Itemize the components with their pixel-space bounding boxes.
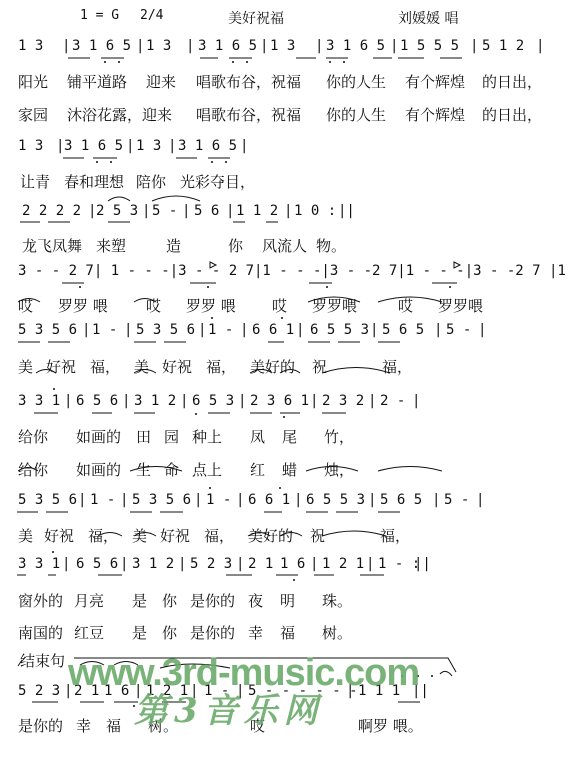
notation-segment: 5 3 5 6	[18, 492, 77, 508]
notation-segment: ||	[414, 556, 431, 572]
notation-segment: |	[168, 138, 176, 154]
lyric-segment: 福，	[90, 356, 120, 377]
notation-segment: 1 -	[208, 322, 233, 338]
lyric-segment: 好祝	[46, 356, 76, 377]
lyric-segment: 罗罗 喂	[58, 295, 108, 316]
notation-segment: 5 3 5 6	[18, 322, 77, 338]
lyric-segment: 有个辉煌	[405, 104, 465, 125]
lyric-segment: 福	[280, 622, 295, 643]
lyric-segment: 美	[18, 525, 33, 546]
lyric-segment: 沐浴花露，迎来	[67, 104, 172, 125]
lyric-segment: 福，	[380, 525, 410, 546]
notation-segment: 5 -	[444, 492, 469, 508]
lyric-segment: 是你的	[190, 622, 235, 643]
notation-segment: |	[240, 322, 248, 338]
lyric-segment: 窗外的	[18, 590, 63, 611]
lyric-segment: 你	[228, 235, 243, 256]
notation-segment: |	[434, 322, 442, 338]
notation-segment: |	[470, 38, 478, 54]
lyric-segment: 红	[250, 459, 265, 480]
notation-segment: |	[236, 492, 244, 508]
notation-segment: 1 3	[136, 138, 161, 154]
notation-segment: ||	[338, 203, 355, 219]
notation-segment: 5 6 5	[380, 492, 422, 508]
notation-segment: 1 0 :	[294, 203, 336, 219]
notation-segment: |	[315, 38, 323, 54]
notation-segment: 3 1 6 5	[326, 38, 385, 54]
notation-segment: 6 5 3	[192, 393, 234, 409]
lyric-segment: 阳光	[18, 71, 48, 92]
lyric-segment: 造	[166, 235, 181, 256]
notation-segment: |	[390, 38, 398, 54]
notation-segment: |	[294, 492, 302, 508]
notation-segment: 5 -	[446, 322, 471, 338]
notation-segment: |	[136, 38, 144, 54]
lyric-segment: 红豆	[74, 622, 104, 643]
lyric-segment: 你的人生	[326, 71, 386, 92]
lyric-segment: 有个辉煌	[405, 71, 465, 92]
lyric-segment: 物。	[316, 235, 346, 256]
notation-segment: 5 -	[152, 203, 177, 219]
lyric-segment: 迎来	[146, 71, 176, 92]
notation-segment: |	[78, 492, 86, 508]
notation-segment: |	[126, 138, 134, 154]
notation-segment: |	[366, 556, 374, 572]
lyric-segment: 园	[164, 426, 179, 447]
notation-segment: 1 -	[92, 322, 117, 338]
lyric-segment: 唱歌布谷，祝福	[196, 71, 301, 92]
lyric-segment: 好祝	[160, 525, 190, 546]
lyric-segment: 福，	[382, 356, 412, 377]
notation-segment: |	[180, 393, 188, 409]
notation-segment: |	[368, 492, 376, 508]
lyric-segment: 罗罗喂	[438, 295, 483, 316]
song-title: 美好祝福	[228, 8, 284, 28]
lyric-segment: 给你	[18, 459, 48, 480]
lyric-segment: 让青	[20, 171, 50, 192]
notation-segment: |	[296, 322, 304, 338]
lyric-segment: 明	[280, 590, 295, 611]
lyric-segment: 你的人生	[326, 104, 386, 125]
notation-segment: |	[194, 492, 202, 508]
lyric-segment: 龙飞凤舞	[22, 235, 82, 256]
time-signature: 2/4	[140, 8, 163, 23]
notation-segment: 1 -	[90, 492, 115, 508]
notation-segment: 3 1 2	[132, 556, 174, 572]
notation-segment: |	[120, 556, 128, 572]
lyric-segment: 美	[134, 356, 149, 377]
lyric-segment: 哎	[18, 295, 33, 316]
notation-segment: 3 1 6 5	[178, 138, 237, 154]
notation-segment: 5 6 5	[382, 322, 424, 338]
lyric-segment: 是你的	[18, 715, 63, 736]
notation-segment: 6 6 1	[248, 492, 290, 508]
lyric-segment: 如画的	[76, 459, 121, 480]
lyric-segment: 风流人	[262, 235, 307, 256]
notation-segment: 5 1 2	[482, 38, 524, 54]
lyric-segment: 生	[136, 459, 151, 480]
lyric-segment: 凤	[250, 426, 265, 447]
notation-segment: |	[186, 38, 194, 54]
notation-segment: 3 3 1	[18, 393, 60, 409]
notation-segment: 5 2 3	[18, 683, 60, 699]
notation-segment: |	[238, 393, 246, 409]
lyric-segment: 你	[162, 590, 177, 611]
lyric-segment: 命	[164, 459, 179, 480]
watermark-site-name: 第3音乐网	[134, 683, 324, 732]
notation-segment: |	[64, 393, 72, 409]
lyric-segment: 烛，	[324, 459, 354, 480]
lyric-segment: 南国的	[18, 622, 63, 643]
notation-segment: 2 5 3	[96, 203, 138, 219]
notation-segment: 3 1 6 5	[72, 38, 131, 54]
notation-segment: |	[476, 492, 484, 508]
lyric-segment: 啊罗 喂。	[358, 715, 423, 736]
notation-segment: |	[62, 38, 70, 54]
notation-segment: 2 -	[380, 393, 405, 409]
lyric-segment: 好祝	[162, 356, 192, 377]
notation-segment: |	[182, 203, 190, 219]
lyric-segment: 夜	[248, 590, 263, 611]
lyric-segment: 福	[106, 715, 121, 736]
notation-segment: 5 3 5 6	[132, 492, 191, 508]
notation-segment: |	[178, 556, 186, 572]
lyric-segment: 珠。	[322, 590, 352, 611]
notation-segment: 2 3 6 1	[250, 393, 309, 409]
notation-segment: |	[370, 322, 378, 338]
notation-segment: 1 6	[280, 556, 305, 572]
notation-segment: 1 3	[146, 38, 171, 54]
notation-segment: 1 -	[206, 492, 231, 508]
notation-segment: 3 1 2	[134, 393, 176, 409]
lyric-segment: 祝	[312, 356, 327, 377]
notation-segment: 5 3 5 6	[136, 322, 195, 338]
lyric-segment: 哎	[146, 295, 161, 316]
notation-segment: 3 1 6 5	[198, 38, 257, 54]
lyric-segment: 幸	[76, 715, 91, 736]
lyric-segment: 竹，	[324, 426, 354, 447]
lyric-segment: 蜡	[282, 459, 297, 480]
notation-segment: |	[536, 38, 544, 54]
notation-segment: |	[284, 203, 292, 219]
notation-segment: |	[120, 492, 128, 508]
notation-segment: |	[310, 393, 318, 409]
notation-segment: |	[226, 203, 234, 219]
notation-segment: 1 3	[18, 38, 43, 54]
lyric-segment: 铺平道路	[67, 71, 127, 92]
lyric-segment: 给你	[18, 426, 48, 447]
notation-segment: 3 1 6 5	[64, 138, 123, 154]
ending-label: 结束句	[20, 650, 65, 671]
notation-segment: 6 5 6	[76, 393, 118, 409]
notation-segment: |	[82, 322, 90, 338]
notation-segment: |	[310, 556, 318, 572]
notation-segment: 5 6	[194, 203, 219, 219]
notation-segment: |	[260, 38, 268, 54]
lyric-segment: 点上	[192, 459, 222, 480]
lyric-segment: 树。	[322, 622, 352, 643]
lyric-segment: 尾	[282, 426, 297, 447]
lyric-segment: 春和理想	[64, 171, 124, 192]
lyric-segment: 种上	[192, 426, 222, 447]
lyric-segment: 哎	[272, 295, 287, 316]
lyric-segment: 福，	[88, 525, 118, 546]
lyric-segment: 是	[132, 590, 147, 611]
lyric-segment: 的日出，	[482, 104, 542, 125]
notation-segment: 1 3	[270, 38, 295, 54]
notation-segment: 6 5 5 3	[306, 492, 365, 508]
singer-credit: 刘媛媛 唱	[398, 8, 458, 28]
notation-segment: 6 5 5 3	[310, 322, 369, 338]
notation-segment: |	[240, 138, 248, 154]
notation-segment: 2 3 2	[322, 393, 364, 409]
lyric-segment: 祝	[310, 525, 325, 546]
notation-segment: |	[478, 322, 486, 338]
lyric-segment: 陪你	[136, 171, 166, 192]
notation-segment: 6 5 6	[76, 556, 118, 572]
notation-segment: 1 1 2	[236, 203, 278, 219]
lyric-segment: 田	[136, 426, 151, 447]
lyric-segment: 美	[132, 525, 147, 546]
lyric-segment: 的日出，	[482, 71, 542, 92]
notation-segment: 6 6 1	[252, 322, 294, 338]
lyric-segment: 哎	[398, 295, 413, 316]
notation-segment: 5 2 3	[190, 556, 232, 572]
key-signature: 1 = G	[80, 8, 119, 23]
notation-segment: |	[198, 322, 206, 338]
lyric-segment: 幸	[248, 622, 263, 643]
notation-segment: |	[368, 393, 376, 409]
lyric-segment: 你	[162, 622, 177, 643]
notation-segment: 2 1	[248, 556, 273, 572]
lyric-segment: 如画的	[76, 426, 121, 447]
lyric-segment: 月亮	[74, 590, 104, 611]
lyric-segment: 光彩夺目，	[180, 171, 255, 192]
lyric-segment: 唱歌布谷，祝福	[196, 104, 301, 125]
notation-segment: 3 - - 2 7| 1 - - -|3 - - 2 7|1 - - -|3 -…	[18, 263, 575, 279]
lyric-segment: 家园	[18, 104, 48, 125]
lyric-segment: 福，	[204, 525, 234, 546]
notation-segment: |	[432, 492, 440, 508]
notation-segment: 3 3 1	[18, 556, 60, 572]
notation-segment: 1 5 5 5	[400, 38, 459, 54]
lyric-segment: 是	[132, 622, 147, 643]
notation-segment: |	[62, 556, 70, 572]
notation-segment: |	[122, 393, 130, 409]
lyric-segment: 好祝	[44, 525, 74, 546]
lyric-segment: 罗罗 喂	[186, 295, 236, 316]
lyric-segment: 是你的	[190, 590, 235, 611]
lyric-segment: 美	[18, 356, 33, 377]
notation-segment: |	[124, 322, 132, 338]
lyric-segment: 美好的	[250, 356, 295, 377]
notation-segment: 1 2 1	[322, 556, 364, 572]
lyric-segment: 美好的	[248, 525, 293, 546]
notation-segment: 2 2 2 2	[22, 203, 81, 219]
lyric-segment: 来塑	[96, 235, 126, 256]
lyric-segment: 福，	[206, 356, 236, 377]
notation-segment: |	[142, 203, 150, 219]
notation-segment: |	[412, 393, 420, 409]
lyric-segment: 罗罗喂	[312, 295, 357, 316]
notation-segment: |	[236, 556, 244, 572]
notation-segment: 1 3	[18, 138, 43, 154]
